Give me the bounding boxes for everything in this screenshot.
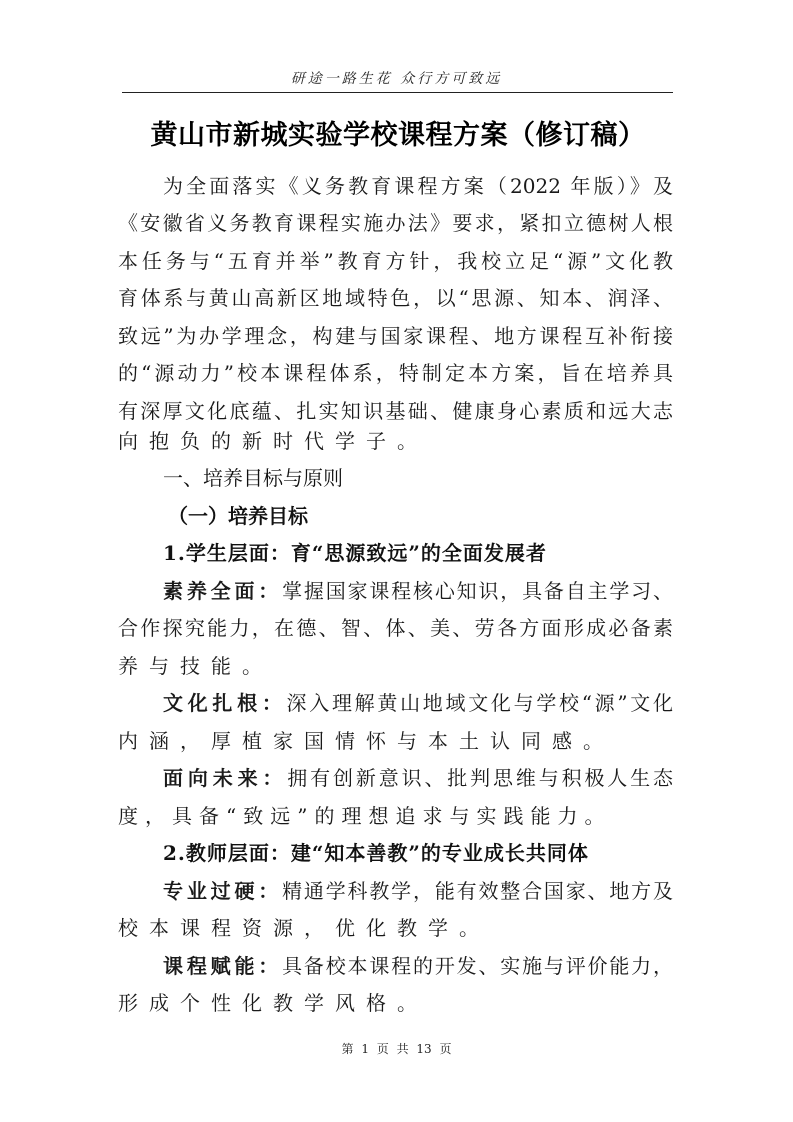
point-text: 掌握国家课程核心知识，具备自主学习、 [282,579,673,603]
point-text: 深入理解黄山地域文化与学校“源”文化 [287,691,673,715]
point-label: 专业过硬： [163,879,282,903]
point-text: 精通学科教学，能有效整合国家、地方及 [282,879,673,903]
intro-line: 《安徽省义务教育课程实施办法》要求，紧扣立德树人根 [118,208,673,238]
running-header: 研途一路生花 众行方可致远 [120,68,673,88]
intro-line: 育体系与黄山高新区地域特色，以“思源、知本、润泽、 [118,283,673,313]
point-line: 合作探究能力，在德、智、体、美、劳各方面形成必备素 [118,613,673,643]
section-heading: 一、培养目标与原则 [163,463,343,493]
header-rule [122,92,673,93]
intro-line: 的“源动力”校本课程体系，特制定本方案，旨在培养具 [118,358,673,388]
point-line: 养与技能。 [118,651,673,681]
point-label: 课程赋能： [163,954,282,978]
item-heading-students: 1.学生层面：育“思源致远”的全面发展者 [163,538,547,568]
intro-line: 本任务与“五育并举”教育方针，我校立足“源”文化教 [118,246,673,276]
page-indicator: 第 1 页 共 13 页 [0,1040,793,1057]
intro-line: 有深厚文化底蕴、扎实知识基础、健康身心素质和远大志 [118,396,673,426]
point-label: 素养全面： [163,579,282,603]
point-line: 素养全面：掌握国家课程核心知识，具备自主学习、 [163,576,673,606]
point-line: 校本课程资源，优化教学。 [118,913,673,943]
intro-line: 为全面落实《义务教育课程方案（2022 年版）》及 [163,171,673,201]
point-label: 文化扎根： [163,691,287,715]
intro-line: 向抱负的新时代学子。 [118,426,673,456]
point-line: 课程赋能：具备校本课程的开发、实施与评价能力， [163,951,673,981]
point-line: 度，具备“致远”的理想追求与实践能力。 [118,801,673,831]
point-text: 具备校本课程的开发、实施与评价能力， [282,954,673,978]
subsection-heading: （一）培养目标 [168,501,308,531]
point-line: 专业过硬：精通学科教学，能有效整合国家、地方及 [163,876,673,906]
point-line: 形成个性化教学风格。 [118,988,673,1018]
point-line: 文化扎根：深入理解黄山地域文化与学校“源”文化 [163,688,673,718]
point-text: 拥有创新意识、批判思维与积极人生态 [287,766,673,790]
intro-line: 致远”为办学理念，构建与国家课程、地方课程互补衔接 [118,321,673,351]
point-line: 面向未来：拥有创新意识、批判思维与积极人生态 [163,763,673,793]
document-page: 研途一路生花 众行方可致远 黄山市新城实验学校课程方案（修订稿） 为全面落实《义… [0,0,793,1122]
point-label: 面向未来： [163,766,287,790]
point-line: 内涵，厚植家国情怀与本土认同感。 [118,726,673,756]
item-heading-teachers: 2.教师层面：建“知本善教”的专业成长共同体 [163,838,589,868]
document-title: 黄山市新城实验学校课程方案（修订稿） [118,113,678,152]
